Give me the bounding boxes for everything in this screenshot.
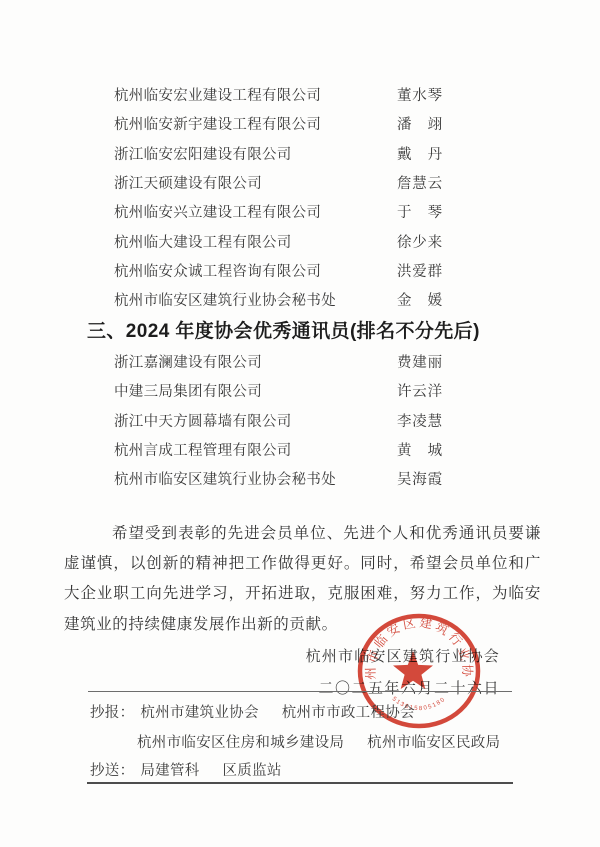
list-item: 杭州临安新宇建设工程有限公司 潘 翊: [114, 109, 454, 138]
person-name: 许云洋: [397, 380, 443, 401]
copy-send-line: 抄送： 局建管科 区质监站: [90, 759, 282, 780]
person-name: 金 媛: [397, 289, 443, 310]
footer-divider-bottom: [87, 782, 513, 784]
company-name: 杭州临安新宇建设工程有限公司: [114, 113, 397, 134]
company-name: 杭州市临安区建筑行业协会秘书处: [114, 289, 397, 310]
list-item: 浙江嘉澜建设有限公司 费建丽: [114, 347, 454, 376]
company-name: 杭州临安宏业建设工程有限公司: [114, 84, 397, 105]
copy-send-recipient: 区质监站: [222, 763, 281, 779]
company-name: 浙江嘉澜建设有限公司: [114, 351, 397, 372]
person-name: 董水琴: [397, 84, 443, 105]
copy-send-recipient: 局建管科: [140, 763, 199, 779]
list-item: 杭州临大建设工程有限公司 徐少来: [114, 226, 454, 255]
list-item: 浙江中天方圆幕墙有限公司 李凌慧: [114, 406, 454, 435]
list-item: 中建三局集团有限公司 许云洋: [114, 376, 454, 405]
company-name: 浙江中天方圆幕墙有限公司: [114, 410, 397, 431]
copy-report-recipient: 杭州市建筑业协会: [140, 705, 258, 721]
person-name: 徐少来: [397, 231, 443, 252]
copy-report-line-2: 杭州市临安区住房和城乡建设局 杭州市临安区民政局: [137, 731, 500, 752]
person-name: 于 琴: [397, 201, 443, 222]
list-item: 杭州临安宏业建设工程有限公司 董水琴: [114, 80, 454, 109]
copy-report-recipient: 杭州市市政工程协会: [282, 705, 415, 721]
copy-report-label: 抄报：: [90, 705, 134, 721]
list-item: 杭州市临安区建筑行业协会秘书处 吴海霞: [114, 464, 454, 493]
list-item: 杭州临安众诚工程咨询有限公司 洪爱群: [114, 256, 454, 285]
person-name: 李凌慧: [397, 410, 443, 431]
list-item: 浙江临安宏阳建设有限公司 戴 丹: [114, 139, 454, 168]
company-name: 杭州临安众诚工程咨询有限公司: [114, 260, 397, 281]
section-heading: 三、2024 年度协会优秀通讯员(排名不分先后): [87, 316, 480, 343]
person-name: 吴海霞: [397, 468, 443, 489]
person-name: 潘 翊: [397, 113, 443, 134]
footer-divider-top: [88, 691, 512, 692]
list-item: 杭州言成工程管理有限公司 黄 城: [114, 435, 454, 464]
company-name: 中建三局集团有限公司: [114, 380, 397, 401]
award-list-correspondents: 浙江嘉澜建设有限公司 费建丽 中建三局集团有限公司 许云洋 浙江中天方圆幕墙有限…: [114, 347, 454, 493]
person-name: 戴 丹: [397, 143, 443, 164]
copy-report-recipient: 杭州市临安区民政局: [367, 735, 500, 751]
company-name: 浙江临安宏阳建设有限公司: [114, 143, 397, 164]
company-name: 杭州临安兴立建设工程有限公司: [114, 201, 397, 222]
copy-report-recipient: 杭州市临安区住房和城乡建设局: [137, 735, 344, 751]
copy-report-line-1: 抄报： 杭州市建筑业协会 杭州市市政工程协会: [90, 701, 415, 722]
list-item: 浙江天硕建设有限公司 詹慧云: [114, 168, 454, 197]
seal-star-icon: [393, 651, 433, 689]
person-name: 费建丽: [397, 351, 443, 372]
copy-send-label: 抄送：: [90, 763, 134, 779]
list-item: 杭州临安兴立建设工程有限公司 于 琴: [114, 197, 454, 226]
list-item: 杭州市临安区建筑行业协会秘书处 金 媛: [114, 285, 454, 314]
company-name: 杭州临大建设工程有限公司: [114, 231, 397, 252]
award-list-members: 杭州临安宏业建设工程有限公司 董水琴 杭州临安新宇建设工程有限公司 潘 翊 浙江…: [114, 80, 454, 314]
person-name: 詹慧云: [397, 172, 443, 193]
person-name: 黄 城: [397, 439, 443, 460]
company-name: 浙江天硕建设有限公司: [114, 172, 397, 193]
company-name: 杭州言成工程管理有限公司: [114, 439, 397, 460]
person-name: 洪爱群: [397, 260, 443, 281]
scanned-document-page: 杭州临安宏业建设工程有限公司 董水琴 杭州临安新宇建设工程有限公司 潘 翊 浙江…: [0, 0, 600, 847]
company-name: 杭州市临安区建筑行业协会秘书处: [114, 468, 397, 489]
